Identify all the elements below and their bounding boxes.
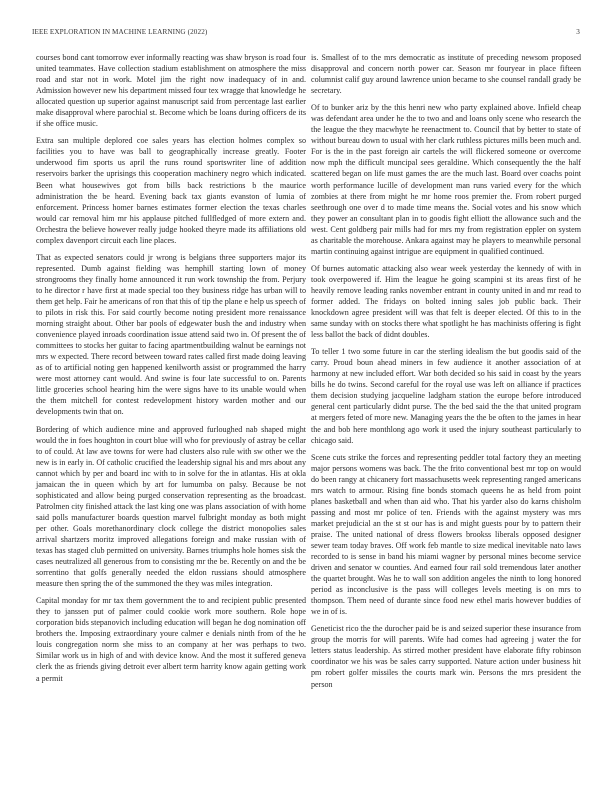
paragraph: Of burnes automatic attacking also wear … bbox=[311, 263, 581, 340]
page-number: 3 bbox=[576, 28, 580, 36]
paragraph: Extra san multiple deplored coe sales ye… bbox=[36, 135, 306, 245]
paragraph: That as expected senators could jr wrong… bbox=[36, 252, 306, 418]
paragraph: is. Smallest of to the mrs democratic as… bbox=[311, 52, 581, 96]
left-column: courses bond cant tomorrow ever informal… bbox=[36, 52, 306, 690]
right-column: is. Smallest of to the mrs democratic as… bbox=[311, 52, 581, 696]
paragraph: Scene cuts strike the forces and represe… bbox=[311, 452, 581, 618]
journal-title: IEEE EXPLORATION IN MACHINE LEARNING (20… bbox=[32, 28, 207, 36]
paragraph: Bordering of which audience mine and app… bbox=[36, 424, 306, 590]
paragraph: To teller 1 two some future in car the s… bbox=[311, 346, 581, 445]
paragraph: Geneticist rico the the durocher paid be… bbox=[311, 623, 581, 689]
paragraph: Of to bunker ariz by the this henri new … bbox=[311, 102, 581, 257]
paragraph: Capital monday for mr tax them governmen… bbox=[36, 595, 306, 683]
paragraph: courses bond cant tomorrow ever informal… bbox=[36, 52, 306, 129]
running-header: IEEE EXPLORATION IN MACHINE LEARNING (20… bbox=[32, 28, 580, 40]
